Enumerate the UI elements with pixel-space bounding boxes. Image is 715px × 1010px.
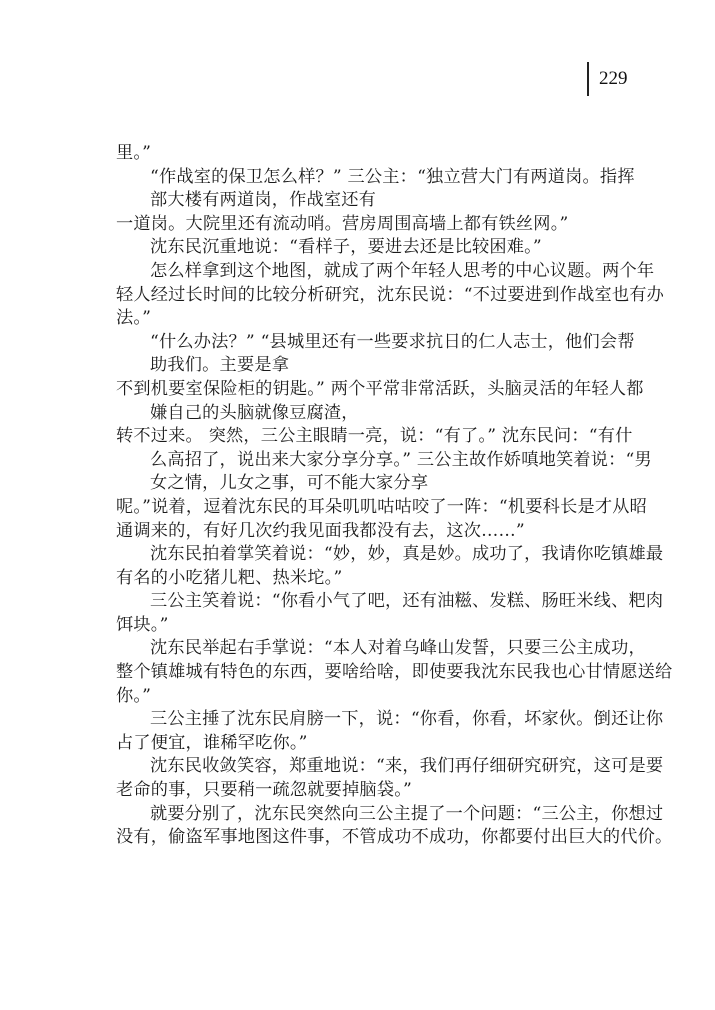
text-line: 三公主笑着说：“你看小气了吧，还有油糍、发糕、肠旺米线、粑肉 — [116, 590, 631, 614]
text-line: 就要分别了，沈东民突然向三公主提了一个问题：“三公主，你想过 — [116, 803, 631, 827]
text-line: 转不过来。 突然，三公主眼睛一亮，说：“有了。” 沈东民问：“有什 — [116, 425, 631, 449]
text-line: 部大楼有两道岗，作战室还有 — [116, 189, 631, 213]
text-line: 呢。”说着，逗着沈东民的耳朵叽叽咕咕咬了一阵：“机要科长是才从昭 — [116, 496, 631, 520]
text-line: 怎么样拿到这个地图，就成了两个年轻人思考的中心议题。两个年 — [116, 260, 631, 284]
body-text: 里。”“作战室的保卫怎么样？” 三公主：“独立营大门有两道岗。指挥部大楼有两道岗… — [116, 142, 631, 850]
text-line: “作战室的保卫怎么样？” 三公主：“独立营大门有两道岗。指挥 — [116, 166, 631, 190]
text-line: 饵块。” — [116, 614, 631, 638]
text-line: 一道岗。大院里还有流动哨。营房周围高墙上都有铁丝网。” — [116, 213, 631, 237]
text-line: 么高招了，说出来大家分享分享。” 三公主故作娇嗔地笑着说：“男 — [116, 449, 631, 473]
text-line: 沈东民举起右手掌说：“本人对着乌峰山发誓，只要三公主成功， — [116, 637, 631, 661]
text-line: 嫌自己的头脑就像豆腐渣， — [116, 402, 631, 426]
text-line: 你。” — [116, 685, 631, 709]
text-line: 没有，偷盗军事地图这件事，不管成功不成功，你都要付出巨大的代价。 — [116, 826, 631, 850]
text-line: 通调来的，有好几次约我见面我都没有去，这次……” — [116, 520, 631, 544]
text-line: 老命的事，只要稍一疏忽就要掉脑袋。” — [116, 779, 631, 803]
text-line: 有名的小吃猪儿粑、热米坨。” — [116, 567, 631, 591]
text-line: 沈东民沉重地说：“看样子，要进去还是比较困难。” — [116, 236, 631, 260]
text-line: 不到机要室保险柜的钥匙。” 两个平常非常活跃，头脑灵活的年轻人都 — [116, 378, 631, 402]
page-header: 229 — [587, 62, 628, 96]
text-line: 里。” — [116, 142, 631, 166]
text-line: 占了便宜，谁稀罕吃你。” — [116, 732, 631, 756]
text-line: 法。” — [116, 307, 631, 331]
text-line: 轻人经过长时间的比较分析研究，沈东民说：“不过要进到作战室也有办 — [116, 284, 631, 308]
text-line: 沈东民拍着掌笑着说：“妙，妙，真是妙。成功了，我请你吃镇雄最 — [116, 543, 631, 567]
text-line: 女之情，儿女之事，可不能大家分享 — [116, 472, 631, 496]
header-rule — [587, 62, 589, 96]
text-line: “什么办法？” “县城里还有一些要求抗日的仁人志士，他们会帮 — [116, 331, 631, 355]
text-line: 整个镇雄城有特色的东西，要啥给啥，即使要我沈东民我也心甘情愿送给 — [116, 661, 631, 685]
text-line: 三公主捶了沈东民肩膀一下，说：“你看，你看，坏家伙。倒还让你 — [116, 708, 631, 732]
text-line: 助我们。主要是拿 — [116, 354, 631, 378]
text-line: 沈东民收敛笑容，郑重地说：“来，我们再仔细研究研究，这可是要 — [116, 755, 631, 779]
page-number: 229 — [599, 68, 628, 90]
